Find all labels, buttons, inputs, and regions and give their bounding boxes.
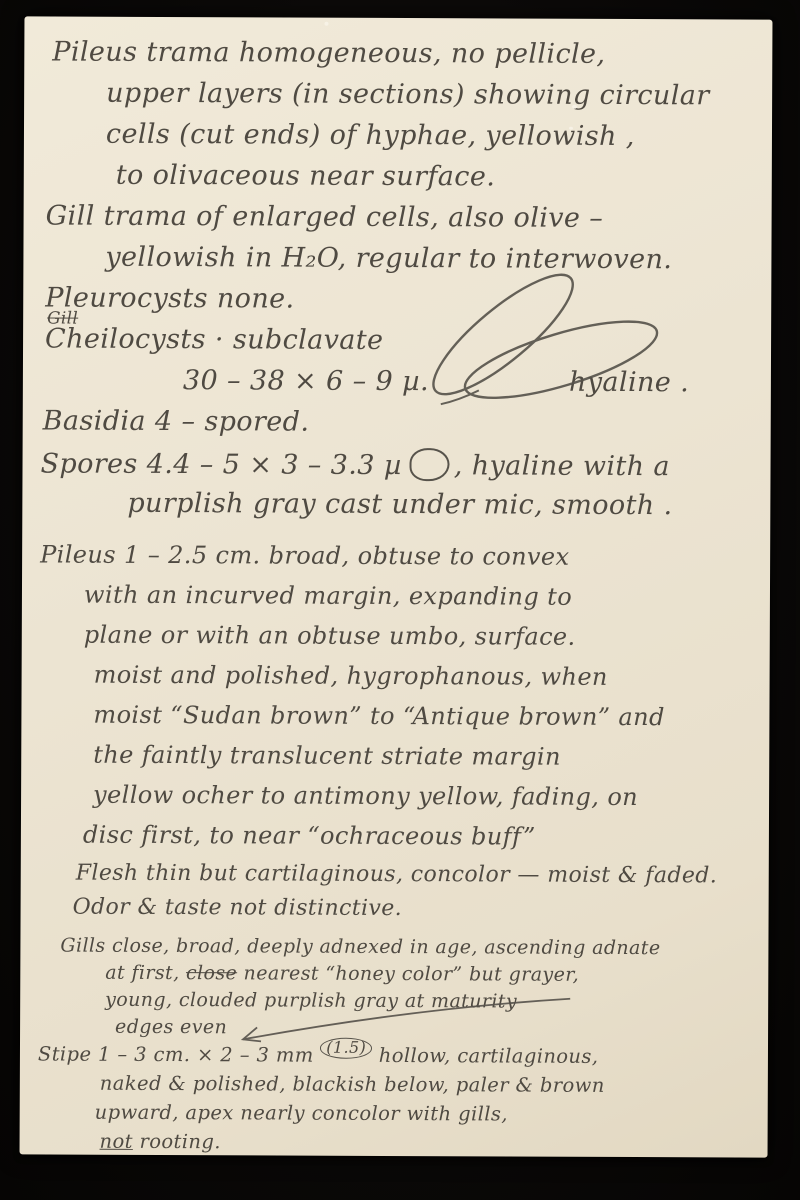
pinhole xyxy=(572,105,577,109)
handwriting-line: Odor & taste not distinctive. xyxy=(73,895,769,932)
text-part: upward, apex nearly concolor with gills, xyxy=(95,1101,508,1126)
handwriting-line: Gill trama of enlarged cells, also olive… xyxy=(46,200,772,244)
text-part: yellow ocher to antimony yellow, fading,… xyxy=(93,781,638,811)
handwriting-line: 30 – 38 × 6 – 9 µ.hyaline . xyxy=(183,365,771,409)
text-part: Gill trama of enlarged cells, also olive… xyxy=(46,200,604,233)
handwriting-line: Spores 4.4 – 5 × 3 – 3.3 µ, hyaline with… xyxy=(40,446,770,490)
part-circled: (1.5) xyxy=(320,1038,372,1059)
handwriting-line: with an incurved margin, expanding to xyxy=(84,581,770,624)
text-part: hyaline . xyxy=(569,367,689,399)
handwriting-line: not rooting. xyxy=(100,1130,768,1162)
text-part: young, clouded purplish gray at maturity xyxy=(105,989,517,1013)
pinhole xyxy=(569,127,573,130)
text-part: Stipe 1 – 3 cm. × 2 – 3 mm xyxy=(38,1042,320,1066)
handwriting-line: Stipe 1 – 3 cm. × 2 – 3 mm (1.5) hollow,… xyxy=(38,1042,768,1074)
handwriting-line: cells (cut ends) of hyphae, yellowish , xyxy=(106,119,772,163)
handwriting-line: plane or with an obtuse umbo, surface. xyxy=(84,621,770,664)
handwriting-line: purplish gray cast under mic, smooth . xyxy=(127,488,770,532)
text-part: naked & polished, blackish below, paler … xyxy=(100,1072,605,1097)
text-part: moist and polished, hygrophanous, when xyxy=(94,661,608,691)
handwriting-line: edges even xyxy=(115,1016,768,1046)
handwriting-line: upward, apex nearly concolor with gills, xyxy=(95,1101,768,1133)
text-part: rooting. xyxy=(133,1130,221,1153)
text-part: Gills close, broad, deeply adnexed in ag… xyxy=(60,935,660,960)
part-strike: close xyxy=(186,962,237,984)
text-part: upper layers (in sections) showing circu… xyxy=(106,78,710,112)
text-part: disc first, to near “ochraceous buff” xyxy=(83,821,536,851)
handwriting-line: naked & polished, blackish below, paler … xyxy=(100,1072,768,1104)
handwriting-line: Basidia 4 – spored. xyxy=(43,405,771,449)
handwriting-line: yellowish in H₂O, regular to interwoven. xyxy=(105,242,771,286)
handwriting-line: moist and polished, hygrophanous, when xyxy=(94,661,770,704)
text-part: Flesh thin but cartilaginous, concolor —… xyxy=(76,861,718,889)
handwriting-line: the faintly translucent striate margin xyxy=(93,741,769,784)
text-part: nearest “honey color” but grayer, xyxy=(237,962,579,985)
text-part: edges even xyxy=(115,1016,227,1038)
text-part: hollow, cartilaginous, xyxy=(372,1044,598,1068)
pinhole xyxy=(324,22,328,26)
handwriting-line: disc first, to near “ochraceous buff” xyxy=(83,821,769,864)
spore-sketch xyxy=(410,448,450,481)
text-part: moist “Sudan brown” to “Antique brown” a… xyxy=(93,701,664,731)
text-part: plane or with an obtuse umbo, surface. xyxy=(84,621,576,651)
handwriting-line: Pileus trama homogeneous, no pellicle, xyxy=(52,36,772,80)
text-part: Pleurocysts none. xyxy=(45,282,294,314)
text-part: purplish gray cast under mic, smooth . xyxy=(127,488,672,521)
text-part: Basidia 4 – spored. xyxy=(43,405,310,437)
text-part: 30 – 38 × 6 – 9 µ. xyxy=(183,365,429,397)
text-part: yellowish in H₂O, regular to interwoven. xyxy=(105,242,672,275)
handwriting-line: Pileus 1 – 2.5 cm. broad, obtuse to conv… xyxy=(40,540,770,583)
text-part: with an incurved margin, expanding to xyxy=(84,581,572,611)
text-part: Cheilocysts · subclavate xyxy=(45,323,384,355)
part-gapw xyxy=(429,390,569,391)
index-card: Pileus trama homogeneous, no pellicle,up… xyxy=(20,16,773,1157)
part-strike-above: Gill xyxy=(47,307,78,327)
handwriting-line: Flesh thin but cartilaginous, concolor —… xyxy=(76,861,769,898)
handwriting-line: at first, close nearest “honey color” bu… xyxy=(105,962,768,992)
handwriting-line: upper layers (in sections) showing circu… xyxy=(106,78,772,122)
text-part: Pileus 1 – 2.5 cm. broad, obtuse to conv… xyxy=(40,540,569,570)
handwriting-line: yellow ocher to antimony yellow, fading,… xyxy=(93,781,769,824)
handwriting-line: GillCheilocysts · subclavate xyxy=(45,323,771,367)
handwriting-line: young, clouded purplish gray at maturity xyxy=(105,989,768,1019)
text-part: , hyaline with a xyxy=(454,450,670,482)
photo-of-index-card: { "document": { "kind": "handwritten-ind… xyxy=(0,0,800,1200)
text-part: to olivaceous near surface. xyxy=(116,160,496,193)
text-part: the faintly translucent striate margin xyxy=(93,741,561,771)
text-part: Odor & taste not distinctive. xyxy=(73,895,403,921)
handwriting-line: Pleurocysts none. xyxy=(45,282,771,326)
handwriting-line: Gills close, broad, deeply adnexed in ag… xyxy=(60,935,768,965)
text-part: at first, xyxy=(105,962,186,984)
text-part: Pileus trama homogeneous, no pellicle, xyxy=(52,36,605,69)
handwriting-line: to olivaceous near surface. xyxy=(116,160,772,204)
handwriting-line: moist “Sudan brown” to “Antique brown” a… xyxy=(93,701,769,744)
handwritten-text: Pileus trama homogeneous, no pellicle,up… xyxy=(30,36,773,1161)
text-part: cells (cut ends) of hyphae, yellowish , xyxy=(106,119,635,152)
text-part: Spores 4.4 – 5 × 3 – 3.3 µ xyxy=(40,448,401,481)
part-underline: not xyxy=(100,1130,133,1153)
